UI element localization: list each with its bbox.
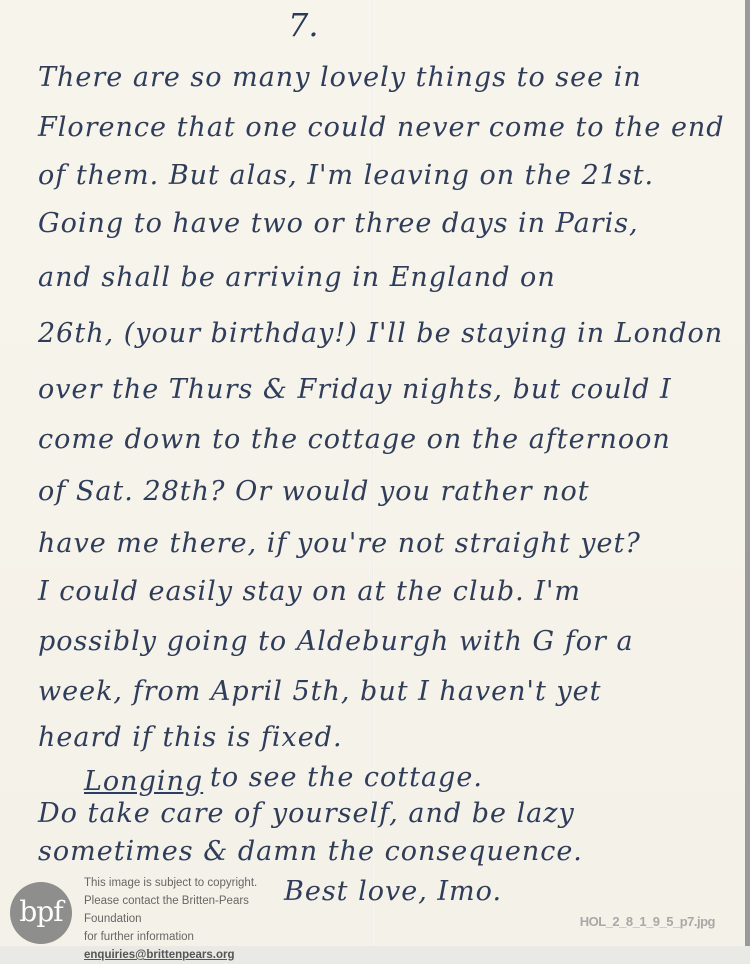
copyright-line-1: This image is subject to copyright. — [84, 874, 308, 892]
letter-line: sometimes & damn the consequence. — [38, 836, 583, 867]
letter-line: week, from April 5th, but I haven't yet — [38, 676, 601, 707]
letter-line: Going to have two or three days in Paris… — [38, 208, 639, 239]
copyright-line-2: Please contact the Britten-Pears Foundat… — [84, 892, 308, 928]
letter-signature: Best love, Imo. — [284, 876, 502, 907]
letter-line: come down to the cottage on the afternoo… — [38, 424, 671, 455]
page-number: 7. — [288, 6, 319, 44]
letter-line: heard if this is fixed. — [38, 722, 343, 753]
letter-line: Do take care of yourself, and be lazy — [38, 798, 575, 829]
copyright-text: This image is subject to copyright. Plea… — [84, 874, 308, 946]
letter-line: over the Thurs & Friday nights, but coul… — [38, 374, 672, 405]
letter-line: to see the cottage. — [210, 762, 483, 793]
letter-line: of Sat. 28th? Or would you rather not — [38, 476, 590, 507]
copyright-notice: bpf This image is subject to copyright. … — [8, 870, 308, 946]
letter-line: 26th, (your birthday!) I'll be staying i… — [38, 318, 723, 349]
page-edge — [745, 0, 750, 946]
letter-line: Florence that one could never come to th… — [38, 112, 725, 143]
letter-line: I could easily stay on at the club. I'm — [38, 576, 581, 607]
letter-line: There are so many lovely things to see i… — [38, 62, 642, 93]
letter-page: 7. There are so many lovely things to se… — [0, 0, 745, 946]
letter-line: have me there, if you're not straight ye… — [38, 528, 641, 559]
letter-line: of them. But alas, I'm leaving on the 21… — [38, 160, 654, 191]
letter-line: possibly going to Aldeburgh with G for a — [38, 626, 634, 657]
letter-line: and shall be arriving in England on — [38, 262, 556, 293]
bpf-logo-icon: bpf — [10, 882, 72, 944]
copyright-line-3: for further information — [84, 928, 308, 946]
letter-line-emphasis: Longing — [84, 766, 203, 797]
filename-label: HOL_2_8_1_9_5_p7.jpg — [580, 914, 715, 929]
